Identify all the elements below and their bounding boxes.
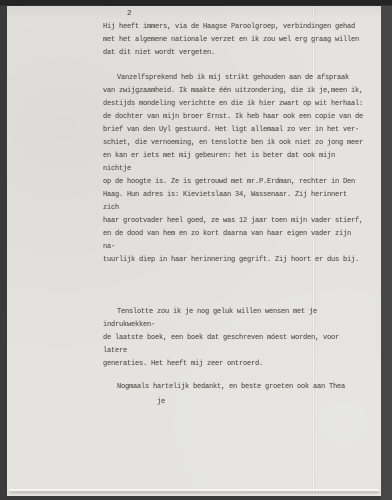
- letter-body: Hij heeft immers, via de Haagse Paroolgr…: [103, 21, 366, 409]
- letter-page: 2 Hij heeft immers, via de Haagse Parool…: [7, 6, 381, 496]
- paragraph-secrecy-exception: Vanzelfsprekend heb ik mij strikt gehoud…: [103, 72, 366, 267]
- scanner-frame: 2 Hij heeft immers, via de Haagse Parool…: [0, 0, 392, 500]
- paragraph-congratulations-book: Tenslotte zou ik je nog geluk willen wen…: [103, 306, 366, 371]
- page-number: 2: [127, 10, 132, 18]
- signature: je: [157, 396, 366, 409]
- paragraph-closing-thanks: Nogmaals hartelijk bedankt, en beste gro…: [103, 381, 366, 394]
- paper-bottom-edge: [9, 489, 379, 491]
- screenshot-viewport: 2 Hij heeft immers, via de Haagse Parool…: [0, 0, 392, 500]
- paragraph-resistance-connections: Hij heeft immers, via de Haagse Paroolgr…: [103, 21, 366, 60]
